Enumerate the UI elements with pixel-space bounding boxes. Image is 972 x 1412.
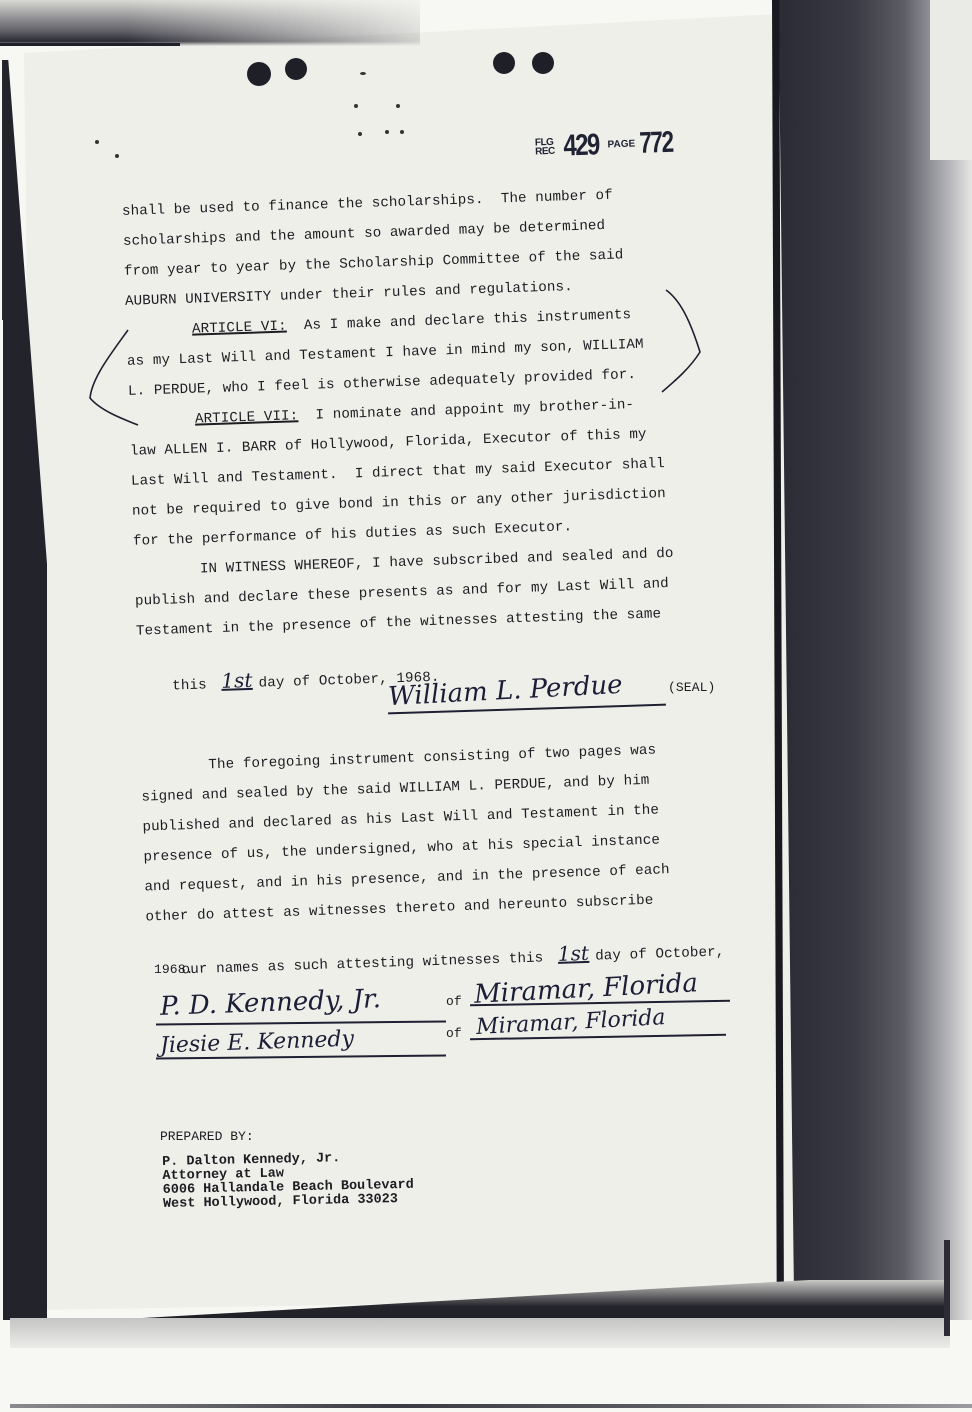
- article-vi-heading: ARTICLE VI:: [192, 319, 287, 338]
- article-vii-first-line: ARTICLE VII: I nominate and appoint my b…: [195, 397, 635, 428]
- witness-of-label: of: [446, 994, 462, 1009]
- article-vii-heading: ARTICLE VII:: [195, 408, 299, 427]
- article-vi-first-line: ARTICLE VI: As I make and declare this i…: [192, 307, 632, 338]
- body-line: from year to year by the Scholarship Com…: [124, 247, 624, 280]
- seal-label: (SEAL): [668, 680, 715, 695]
- attestation-year: 1968.: [154, 962, 194, 977]
- body-line: law ALLEN I. BARR of Hollywood, Florida,…: [130, 427, 647, 460]
- witness-clause-line: Testament in the presence of the witness…: [136, 606, 662, 639]
- attestation-line: presence of us, the undersigned, who at …: [143, 832, 660, 865]
- witness-clause-line: publish and declare these presents as an…: [135, 576, 669, 610]
- attestation-line: signed and sealed by the said WILLIAM L.…: [141, 773, 649, 806]
- handwritten-date: 1st: [551, 941, 595, 966]
- attestation-line: published and declared as his Last Will …: [142, 802, 659, 835]
- prepared-by-block: P. Dalton Kennedy, Jr. Attorney at Law 6…: [162, 1151, 414, 1212]
- handwritten-date: 1st: [215, 668, 259, 693]
- attestation-line: and request, and in his presence, and in…: [144, 862, 670, 895]
- witness-clause-line: IN WITNESS WHEREOF, I have subscribed an…: [200, 546, 674, 578]
- attestation-line: other do attest as witnesses thereto and…: [145, 893, 653, 926]
- attestation-line: The foregoing instrument consisting of t…: [208, 743, 656, 774]
- body-line: for the performance of his duties as suc…: [133, 519, 573, 550]
- body-line: as my Last Will and Testament I have in …: [127, 337, 644, 370]
- body-line: not be required to give bond in this or …: [132, 486, 666, 520]
- witness-of-label: of: [446, 1026, 462, 1041]
- body-line: Last Will and Testament. I direct that m…: [131, 456, 665, 490]
- prepared-by-label: PREPARED BY:: [160, 1130, 254, 1144]
- body-line: L. PERDUE, who I feel is otherwise adequ…: [128, 367, 636, 400]
- body-line: scholarships and the amount so awarded m…: [123, 218, 606, 250]
- body-line: shall be used to finance the scholarship…: [122, 188, 613, 220]
- body-line: AUBURN UNIVERSITY under their rules and …: [125, 279, 573, 310]
